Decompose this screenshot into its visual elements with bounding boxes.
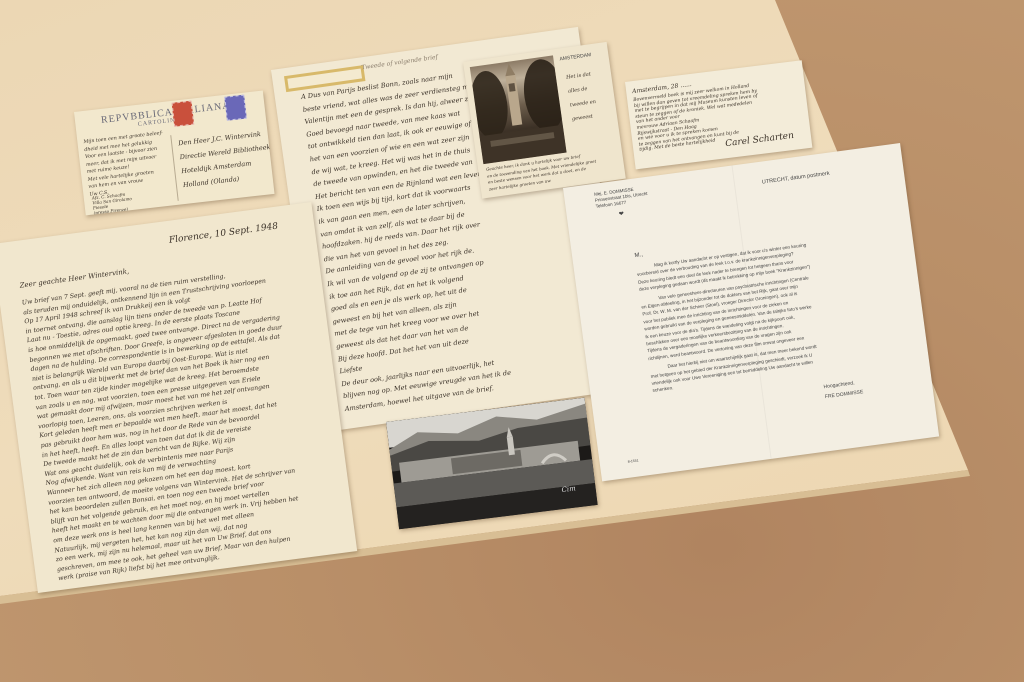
place-date: UTRECHT, datum postmerk [762, 171, 830, 186]
address-line: Holland (Olanda) [183, 176, 240, 189]
address-line: Hoteldijk Amsterdam [181, 160, 252, 174]
side-line: geweest [572, 114, 593, 122]
postage-stamp-red [172, 101, 195, 127]
manuscript-heading: Tweede of volgende brief [361, 55, 438, 72]
address-line: Directie Wereld Bibliotheek [179, 144, 270, 161]
footer-code: 8-1551 [628, 458, 639, 463]
side-line: tweede en [570, 100, 597, 109]
typed-line: schenken. [652, 386, 673, 394]
letterhead-mark: ❤ [619, 210, 625, 218]
zuiderkerk-photo [470, 55, 567, 164]
letter-florence: Florence, 10 Sept. 1948 Zeer geachte Hee… [0, 202, 357, 593]
typed-letter-dommisse: Mej. E. DOMMISSEPrinsenstraat 1bis, Utre… [563, 143, 939, 481]
postage-stamp-blue [224, 95, 247, 121]
side-line: Het is dat [566, 72, 591, 80]
typed-closing: Hoogachtend, [823, 380, 855, 390]
postcard-amsterdam: AMSTERDAM Het is datalles detweede engew… [463, 42, 626, 199]
postcard-italy: REPVBBLICA ITALIANA CARTOLINA Mijn toen … [74, 90, 275, 215]
manuscript-line: Liefste [339, 365, 362, 375]
typed-signature: FRE DOMMISSE [825, 389, 864, 400]
florence-dateline: Florence, 10 Sept. 1948 [169, 223, 279, 246]
document-display: REPVBBLICA ITALIANA CARTOLINA Mijn toen … [0, 0, 1024, 682]
postcard-caption: AMSTERDAM [559, 52, 591, 62]
typed-salutation: M., [634, 252, 643, 259]
tower-illustration [470, 55, 567, 164]
side-line: alles de [568, 87, 588, 95]
